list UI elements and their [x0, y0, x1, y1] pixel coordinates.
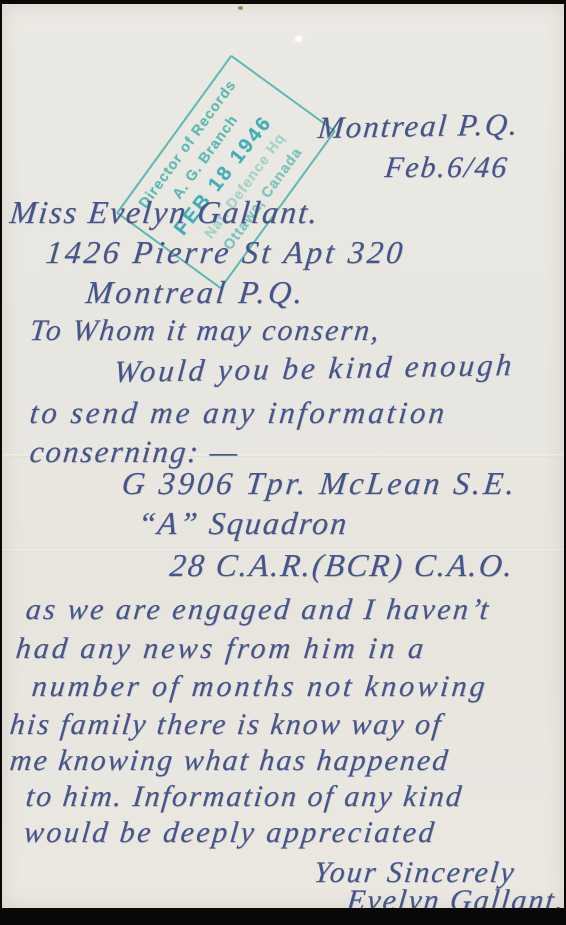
line-body-4: as we are engaged and I haven’t — [24, 595, 492, 625]
line-body-9: to him. Information of any kind — [24, 782, 464, 812]
line-recipient-name: Miss Evelyn Gallant. — [8, 196, 321, 228]
line-signature: Evelyn Gallant. — [345, 886, 564, 908]
line-body-10: would be deeply appreciated — [22, 818, 437, 848]
line-service-number: G 3906 Tpr. McLean S.E. — [120, 467, 519, 499]
line-body-7: his family there is know way of — [8, 710, 444, 740]
line-street-address: 1426 Pierre St Apt 320 — [44, 236, 407, 268]
line-city: Montreal P.Q. — [84, 276, 307, 308]
paper-glint — [295, 36, 302, 42]
letter-paper: Director of Records A. G. Branch FEB 18 … — [2, 4, 564, 908]
line-body-3: conserning: — — [28, 436, 241, 467]
line-body-1: Would you be kind enough — [113, 349, 516, 387]
line-body-8: me knowing what has happened — [8, 746, 450, 776]
line-regiment: 28 C.A.R.(BCR) C.A.O. — [168, 549, 516, 581]
letter-scan: Director of Records A. G. Branch FEB 18 … — [0, 0, 566, 925]
paper-speck — [238, 6, 243, 10]
line-body-6: number of months not knowing — [30, 672, 489, 702]
line-date: Feb.6/46 — [383, 153, 510, 183]
line-body-5: had any news from him in a — [14, 634, 427, 664]
line-place: Montreal P.Q. — [317, 108, 521, 142]
line-salutation: To Whom it may consern, — [28, 316, 382, 346]
line-body-2: to send me any information — [28, 397, 449, 428]
line-squadron: “A” Squadron — [136, 507, 350, 539]
